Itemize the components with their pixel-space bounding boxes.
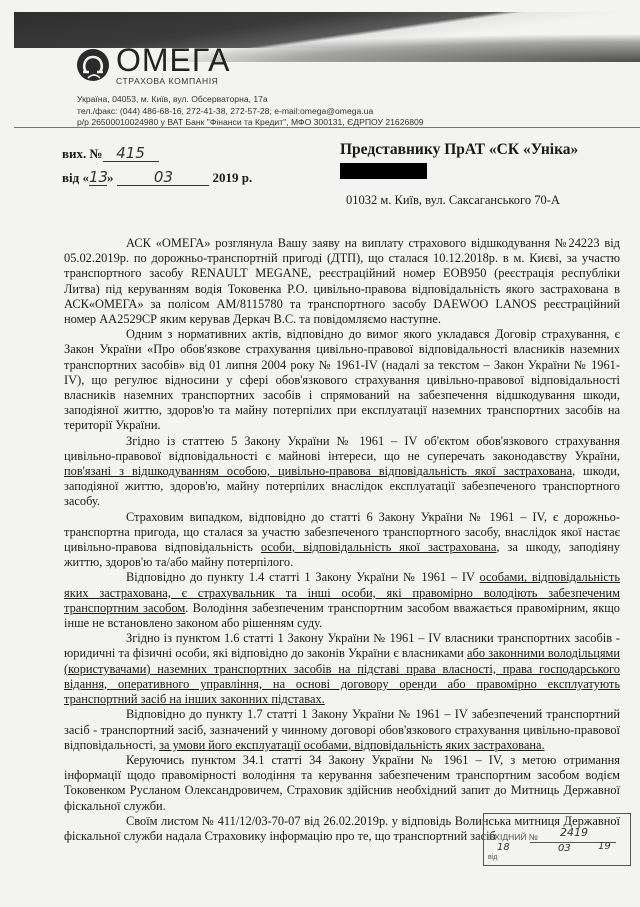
- stamp-from-label: від: [488, 854, 497, 861]
- paragraph-text: Згідно із статтею 5 Закону України № 196…: [64, 434, 620, 463]
- stamp-year: 19: [598, 841, 611, 852]
- stamp-label: ВХІДНИЙ №: [489, 832, 538, 842]
- outgoing-number-label: вих. №: [62, 146, 103, 162]
- underlined-text: за умови його експлуатації особами, відп…: [159, 738, 544, 752]
- date-year: 2019 р.: [212, 170, 252, 186]
- company-contacts: Україна, 04053, м. Київ, вул. Обсерватор…: [77, 94, 424, 129]
- stamp-day: 18: [497, 842, 510, 853]
- stamp-month: 03: [558, 843, 571, 854]
- letter-body: АСК «ОМЕГА» розглянула Вашу заяву на вип…: [64, 236, 620, 844]
- letterhead-divider: [14, 127, 640, 128]
- date-month: 03: [117, 169, 209, 186]
- paragraph-text: Відповідно до пункту 1.4 статті 1 Закону…: [126, 570, 480, 584]
- date-day: 13: [89, 169, 107, 186]
- paragraph-text: Керуючись пунктом 34.1 статті 34 Закону …: [64, 753, 620, 813]
- date-mid: »: [107, 170, 114, 186]
- company-subtitle: СТРАХОВА КОМПАНІЯ: [116, 76, 230, 86]
- company-name: ОМЕГА: [116, 45, 230, 75]
- underlined-text: пов'язані з відшкодуванням особою, цивіл…: [64, 464, 572, 478]
- body-paragraph: Відповідно до пункту 1.7 статті 1 Закону…: [64, 707, 620, 753]
- body-paragraph: Керуючись пунктом 34.1 статті 34 Закону …: [64, 753, 620, 814]
- stamp-number: 2419: [560, 826, 588, 839]
- body-paragraph: Одним з нормативних актів, відповідно до…: [64, 327, 620, 433]
- body-paragraph: Відповідно до пункту 1.4 статті 1 Закону…: [64, 570, 620, 631]
- outgoing-reference: вих. № 415 від « 13 » 03 2019 р.: [62, 138, 252, 186]
- body-paragraph: АСК «ОМЕГА» розглянула Вашу заяву на вип…: [64, 236, 620, 327]
- body-paragraph: Страховим випадком, відповідно до статті…: [64, 510, 620, 571]
- date-prefix: від «: [62, 170, 89, 186]
- recipient-title: Представнику ПрАТ «СК «Уніка»: [340, 141, 578, 159]
- underlined-text: особи, відповідальність якої застрахован…: [261, 540, 496, 554]
- paragraph-text: Одним з нормативних актів, відповідно до…: [64, 327, 620, 432]
- body-paragraph: Згідно із пунктом 1.6 статті 1 Закону Ук…: [64, 631, 620, 707]
- company-address: Україна, 04053, м. Київ, вул. Обсерватор…: [77, 94, 424, 106]
- recipient-address: 01032 м. Київ, вул. Саксаганського 70-А: [346, 193, 560, 208]
- scanned-letter-page: ОМЕГА СТРАХОВА КОМПАНІЯ Україна, 04053, …: [0, 0, 640, 907]
- paragraph-text: АСК «ОМЕГА» розглянула Вашу заяву на вип…: [64, 236, 620, 326]
- body-paragraph: Згідно із статтею 5 Закону України № 196…: [64, 434, 620, 510]
- outgoing-number-value: 415: [103, 145, 159, 162]
- company-phone-email: тел./факс: (044) 486-68-16, 272-41-38, 2…: [77, 106, 424, 118]
- redacted-recipient-name: [340, 163, 427, 179]
- omega-logo-icon: [76, 48, 110, 82]
- company-logo: ОМЕГА СТРАХОВА КОМПАНІЯ: [76, 40, 230, 90]
